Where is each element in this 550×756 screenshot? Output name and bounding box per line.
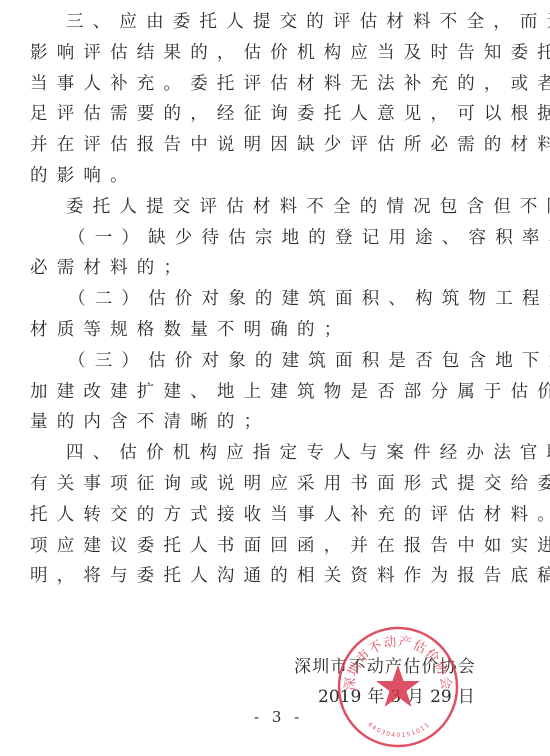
page-number: - 3 - [254, 708, 303, 726]
list-item-2-line: 材质等规格数量不明确的； [30, 315, 520, 346]
date-month: 3 [390, 687, 401, 707]
paragraph-4-line: 有关事项征询或说明应采用书面形式提交给委托人，应当通过委 [30, 469, 520, 500]
paragraph-3-line: 足评估需要的，经征询委托人意见，可以根据现有材料进行评估， [30, 99, 520, 130]
document-body: 三、应由委托人提交的评估材料不全，而无法进行评估或者 影响评估结果的，估价机构应… [30, 7, 520, 592]
document-page: 三、应由委托人提交的评估材料不全，而无法进行评估或者 影响评估结果的，估价机构应… [0, 0, 550, 756]
paragraph-3-line: 当事人补充。委托评估材料无法补充的，或者补充后仍然不能满 [30, 69, 520, 100]
paragraph-4-line: 项应建议委托人书面回函，并在报告中如实进行详细的披露和说 [30, 531, 520, 562]
paragraph-3-line: 影响评估结果的，估价机构应当及时告知委托人，由委托人通知 [30, 38, 520, 69]
list-item-3-line: 量的内含不清晰的； [30, 407, 520, 438]
date-year-unit: 年 [367, 687, 384, 707]
paragraph-3-line: 的影响。 [30, 161, 520, 192]
date-day-unit: 日 [458, 687, 475, 707]
paragraph-3-line: 并在评估报告中说明因缺少评估所必需的材料可能对评估结果 [30, 130, 520, 161]
svg-text:4403040151011: 4403040151011 [366, 721, 432, 739]
signature-date: 2019年3月29日 [318, 682, 481, 707]
date-month-unit: 月 [407, 687, 424, 707]
list-item-1-line: （一）缺少待估宗地的登记用途、容积率、出让年限等估价 [30, 223, 520, 254]
list-item-1-line: 必需材料的； [30, 253, 520, 284]
list-item-3-line: （三）估价对象的建筑面积是否包含地下室、现状是否存在 [30, 346, 520, 377]
signature-organization: 深圳市不动产估价协会 [294, 652, 476, 677]
date-day: 29 [430, 687, 452, 707]
paragraph-4-line: 托人转交的方式接收当事人补充的评估材料。对于较为重要的事 [30, 500, 520, 531]
paragraph-4-line: 四、估价机构应指定专人与案件经办法官联系，涉及评估的 [30, 438, 520, 469]
list-intro-line: 委托人提交评估材料不全的情况包含但不限于： [30, 192, 520, 223]
list-item-2-line: （二）估价对象的建筑面积、构筑物工程量、栋数、层数、 [30, 284, 520, 315]
paragraph-4-line: 明，将与委托人沟通的相关资料作为报告底稿存档备查。 [30, 561, 520, 592]
list-item-3-line: 加建改建扩建、地上建筑物是否部分属于估价对象范围等规格数 [30, 377, 520, 408]
paragraph-3-line: 三、应由委托人提交的评估材料不全，而无法进行评估或者 [30, 7, 520, 38]
date-year: 2019 [318, 687, 361, 707]
